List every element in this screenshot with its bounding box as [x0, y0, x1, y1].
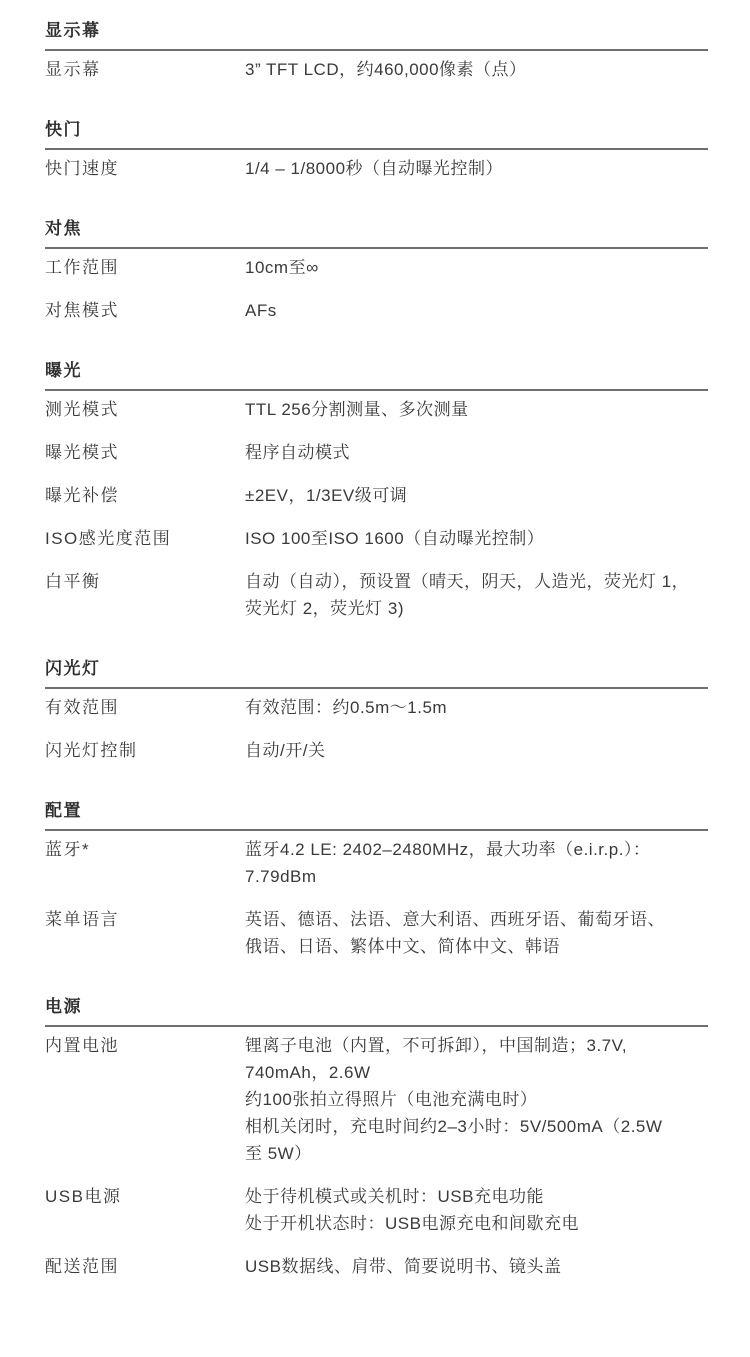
spec-label: USB电源: [45, 1183, 245, 1210]
section-title: 曝光: [45, 360, 708, 382]
row-effective-range: 有效范围 有效范围：约0.5m～1.5m: [45, 694, 708, 721]
row-white-balance: 白平衡 自动（自动），预设置（晴天，阴天，人造光，荧光灯 1， 荧光灯 2，荧光…: [45, 568, 708, 622]
spec-value: 处于待机模式或关机时：USB充电功能 处于开机状态时：USB电源充电和间歇充电: [245, 1183, 708, 1237]
section-title: 配置: [45, 800, 708, 822]
spec-label: 闪光灯控制: [45, 737, 245, 764]
section-divider: [45, 829, 708, 831]
spec-label: 白平衡: [45, 568, 245, 595]
row-flash-control: 闪光灯控制 自动/开/关: [45, 737, 708, 764]
spec-value: AFs: [245, 297, 708, 324]
spec-value: 3” TFT LCD，约460,000像素（点）: [245, 56, 708, 83]
section-focus: 对焦 工作范围 10cm至∞ 对焦模式 AFs: [45, 218, 708, 324]
section-divider: [45, 389, 708, 391]
spec-value: USB数据线、肩带、简要说明书、镜头盖: [245, 1253, 708, 1280]
spec-value: 英语、德语、法语、意大利语、西班牙语、葡萄牙语、 俄语、日语、繁体中文、简体中文…: [245, 906, 708, 960]
spec-value: 锂离子电池（内置，不可拆卸），中国制造；3.7V, 740mAh，2.6W 约1…: [245, 1032, 708, 1167]
section-power: 电源 内置电池 锂离子电池（内置，不可拆卸），中国制造；3.7V, 740mAh…: [45, 996, 708, 1280]
row-menu-languages: 菜单语言 英语、德语、法语、意大利语、西班牙语、葡萄牙语、 俄语、日语、繁体中文…: [45, 906, 708, 960]
spec-value: 自动（自动），预设置（晴天，阴天，人造光，荧光灯 1， 荧光灯 2，荧光灯 3): [245, 568, 708, 622]
row-usb-power: USB电源 处于待机模式或关机时：USB充电功能 处于开机状态时：USB电源充电…: [45, 1183, 708, 1237]
spec-value: 自动/开/关: [245, 737, 708, 764]
spec-label: 内置电池: [45, 1032, 245, 1059]
section-flash: 闪光灯 有效范围 有效范围：约0.5m～1.5m 闪光灯控制 自动/开/关: [45, 658, 708, 764]
spec-value: 有效范围：约0.5m～1.5m: [245, 694, 708, 721]
section-divider: [45, 148, 708, 150]
section-divider: [45, 687, 708, 689]
spec-sheet: 显示幕 显示幕 3” TFT LCD，约460,000像素（点） 快门 快门速度…: [0, 0, 750, 1280]
row-metering-mode: 测光模式 TTL 256分割测量、多次测量: [45, 396, 708, 423]
row-focus-mode: 对焦模式 AFs: [45, 297, 708, 324]
spec-value: ±2EV，1/3EV级可调: [245, 482, 708, 509]
spec-value: 10cm至∞: [245, 254, 708, 281]
section-divider: [45, 1025, 708, 1027]
section-title: 显示幕: [45, 20, 708, 42]
spec-label: 曝光模式: [45, 439, 245, 466]
section-exposure: 曝光 测光模式 TTL 256分割测量、多次测量 曝光模式 程序自动模式 曝光补…: [45, 360, 708, 622]
row-working-range: 工作范围 10cm至∞: [45, 254, 708, 281]
spec-label: 配送范围: [45, 1253, 245, 1280]
row-iso-range: ISO感光度范围 ISO 100至ISO 1600（自动曝光控制）: [45, 525, 708, 552]
spec-value: 程序自动模式: [245, 439, 708, 466]
spec-label: 蓝牙*: [45, 836, 245, 863]
row-shutter-speed: 快门速度 1/4 – 1/8000秒（自动曝光控制）: [45, 155, 708, 182]
section-title: 电源: [45, 996, 708, 1018]
row-internal-battery: 内置电池 锂离子电池（内置，不可拆卸），中国制造；3.7V, 740mAh，2.…: [45, 1032, 708, 1167]
section-display: 显示幕 显示幕 3” TFT LCD，约460,000像素（点）: [45, 20, 708, 83]
spec-label: ISO感光度范围: [45, 525, 245, 552]
spec-value: TTL 256分割测量、多次测量: [245, 396, 708, 423]
spec-value: 1/4 – 1/8000秒（自动曝光控制）: [245, 155, 708, 182]
spec-label: 显示幕: [45, 56, 245, 83]
row-display: 显示幕 3” TFT LCD，约460,000像素（点）: [45, 56, 708, 83]
row-exposure-compensation: 曝光补偿 ±2EV，1/3EV级可调: [45, 482, 708, 509]
section-title: 对焦: [45, 218, 708, 240]
section-configuration: 配置 蓝牙* 蓝牙4.2 LE: 2402–2480MHz，最大功率（e.i.r…: [45, 800, 708, 960]
spec-label: 菜单语言: [45, 906, 245, 933]
section-title: 闪光灯: [45, 658, 708, 680]
section-divider: [45, 49, 708, 51]
spec-value: 蓝牙4.2 LE: 2402–2480MHz，最大功率（e.i.r.p.）： 7…: [245, 836, 708, 890]
row-bluetooth: 蓝牙* 蓝牙4.2 LE: 2402–2480MHz，最大功率（e.i.r.p.…: [45, 836, 708, 890]
spec-value: ISO 100至ISO 1600（自动曝光控制）: [245, 525, 708, 552]
section-shutter: 快门 快门速度 1/4 – 1/8000秒（自动曝光控制）: [45, 119, 708, 182]
spec-label: 测光模式: [45, 396, 245, 423]
spec-label: 对焦模式: [45, 297, 245, 324]
section-title: 快门: [45, 119, 708, 141]
row-exposure-mode: 曝光模式 程序自动模式: [45, 439, 708, 466]
spec-label: 有效范围: [45, 694, 245, 721]
spec-label: 快门速度: [45, 155, 245, 182]
spec-label: 曝光补偿: [45, 482, 245, 509]
section-divider: [45, 247, 708, 249]
row-package-contents: 配送范围 USB数据线、肩带、简要说明书、镜头盖: [45, 1253, 708, 1280]
spec-label: 工作范围: [45, 254, 245, 281]
